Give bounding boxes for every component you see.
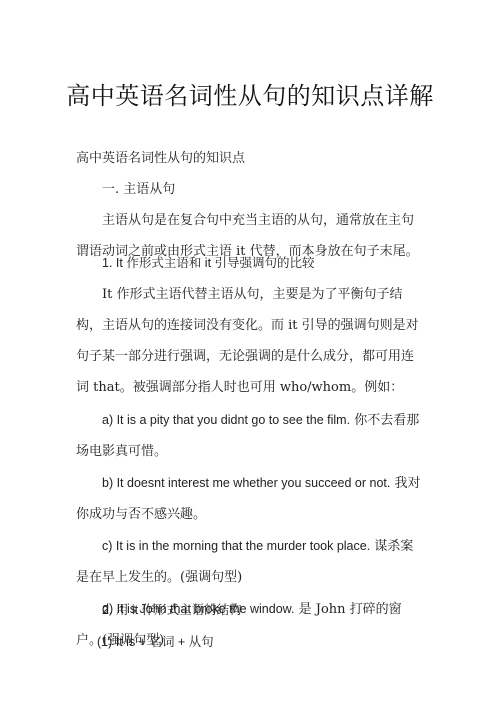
subtitle: 高中英语名词性从句的知识点 xyxy=(76,143,424,174)
subsection-heading-2: 2. 用 it 作形式主语的结构 xyxy=(76,595,424,626)
example-c: c) It is in the morning that the murder … xyxy=(76,531,424,593)
example-a: a) It is a pity that you didnt go to see… xyxy=(76,405,424,467)
subsection-body-paragraph: It 作形式主语代替主语从句，主要是为了平衡句子结构，主语从句的连接词没有变化。… xyxy=(76,279,424,403)
example-b: b) It doesnt interest me whether you suc… xyxy=(76,468,424,530)
section-heading-subject-clause: 一. 主语从句 xyxy=(76,174,424,205)
document-title: 高中英语名词性从句的知识点详解 xyxy=(0,76,500,111)
structure-item-1: (1) It is + 名词 + 从句 xyxy=(97,627,445,658)
subsection-heading-1: 1. It 作形式主语和 it 引导强调句的比较 xyxy=(76,248,424,279)
